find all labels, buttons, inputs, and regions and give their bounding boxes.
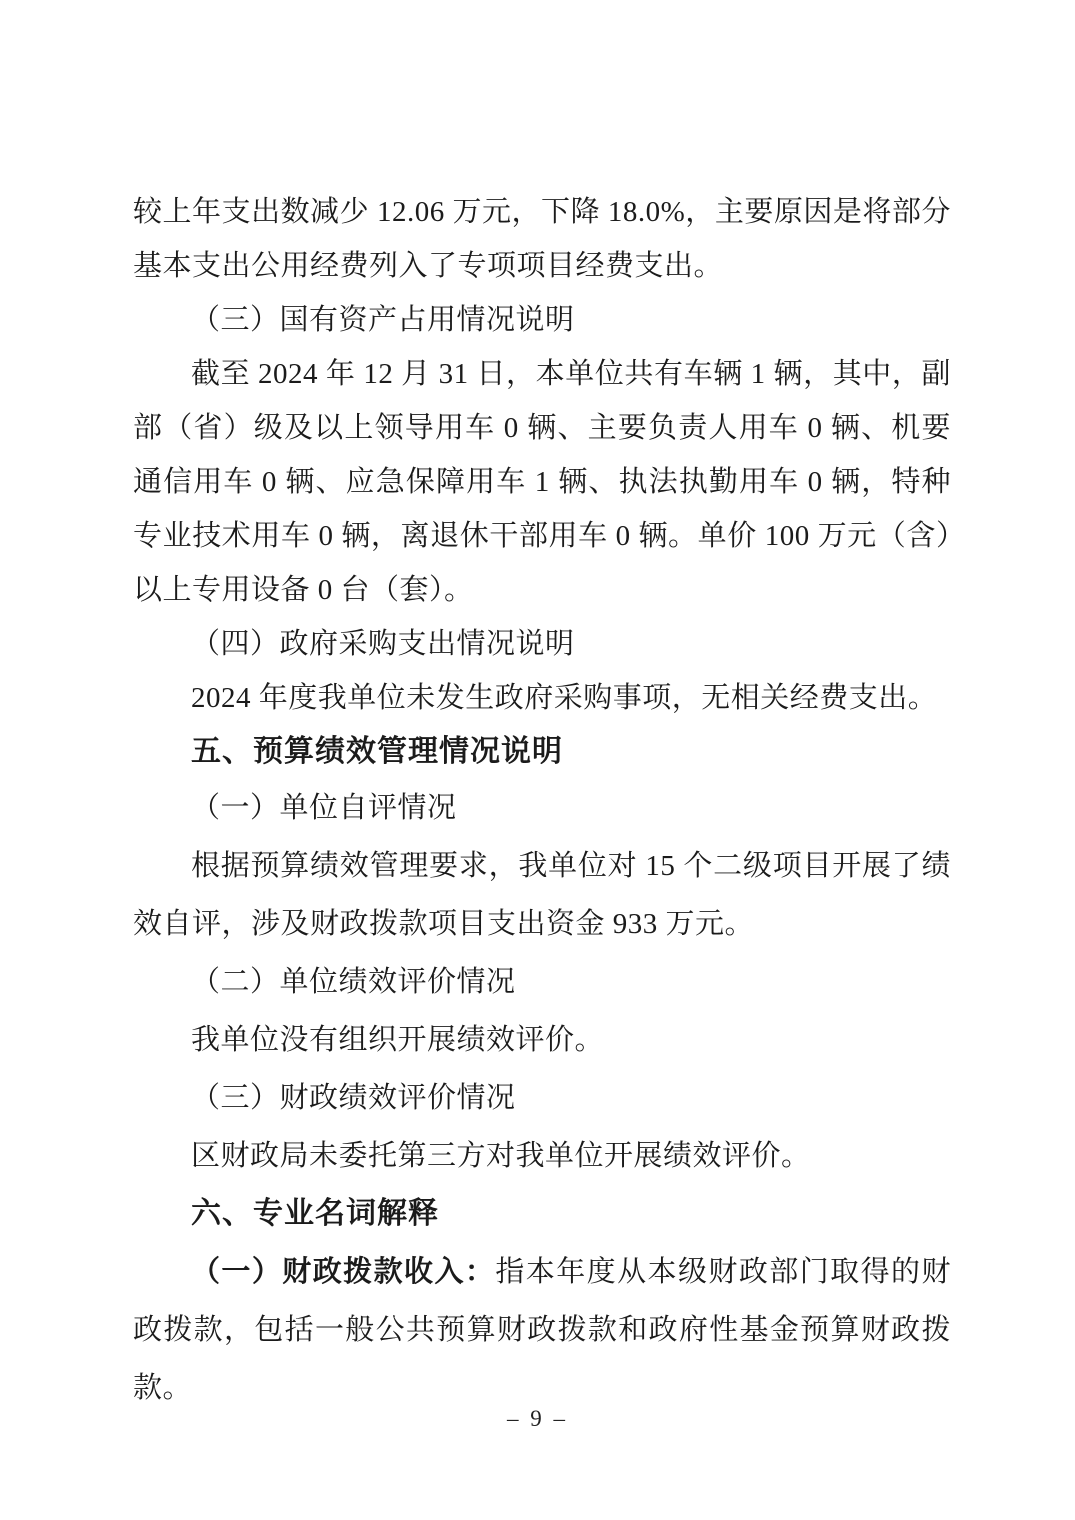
paragraph-expenditure-decrease: 较上年支出数减少 12.06 万元，下降 18.0%，主要原因是将部分基本支出公… [133, 185, 951, 293]
document-page: 较上年支出数减少 12.06 万元，下降 18.0%，主要原因是将部分基本支出公… [0, 0, 1075, 1520]
heading-terminology: 六、专业名词解释 [133, 1185, 951, 1243]
paragraph-procurement-statement: 2024 年度我单位未发生政府采购事项，无相关经费支出。 [133, 671, 951, 725]
subheading-government-procurement: （四）政府采购支出情况说明 [133, 617, 951, 671]
page-number: – 9 – [0, 1404, 1075, 1434]
subheading-state-assets-usage: （三）国有资产占用情况说明 [133, 293, 951, 347]
term-label: （一）财政拨款收入： [191, 1256, 495, 1288]
paragraph-term-fiscal-appropriation: （一）财政拨款收入：指本年度从本级财政部门取得的财政拨款，包括一般公共预算财政拨… [133, 1243, 951, 1417]
paragraph-fiscal-evaluation-statement: 区财政局未委托第三方对我单位开展绩效评价。 [133, 1127, 951, 1185]
subheading-unit-performance-evaluation: （二）单位绩效评价情况 [133, 953, 951, 1011]
document-body: 较上年支出数减少 12.06 万元，下降 18.0%，主要原因是将部分基本支出公… [133, 185, 951, 1417]
subheading-self-evaluation: （一）单位自评情况 [133, 779, 951, 837]
paragraph-self-evaluation-detail: 根据预算绩效管理要求，我单位对 15 个二级项目开展了绩效自评，涉及财政拨款项目… [133, 837, 951, 953]
heading-budget-performance-management: 五、预算绩效管理情况说明 [133, 725, 951, 779]
paragraph-no-performance-evaluation: 我单位没有组织开展绩效评价。 [133, 1011, 951, 1069]
subheading-fiscal-performance-evaluation: （三）财政绩效评价情况 [133, 1069, 951, 1127]
paragraph-vehicles-equipment: 截至 2024 年 12 月 31 日，本单位共有车辆 1 辆，其中，副部（省）… [133, 347, 951, 617]
